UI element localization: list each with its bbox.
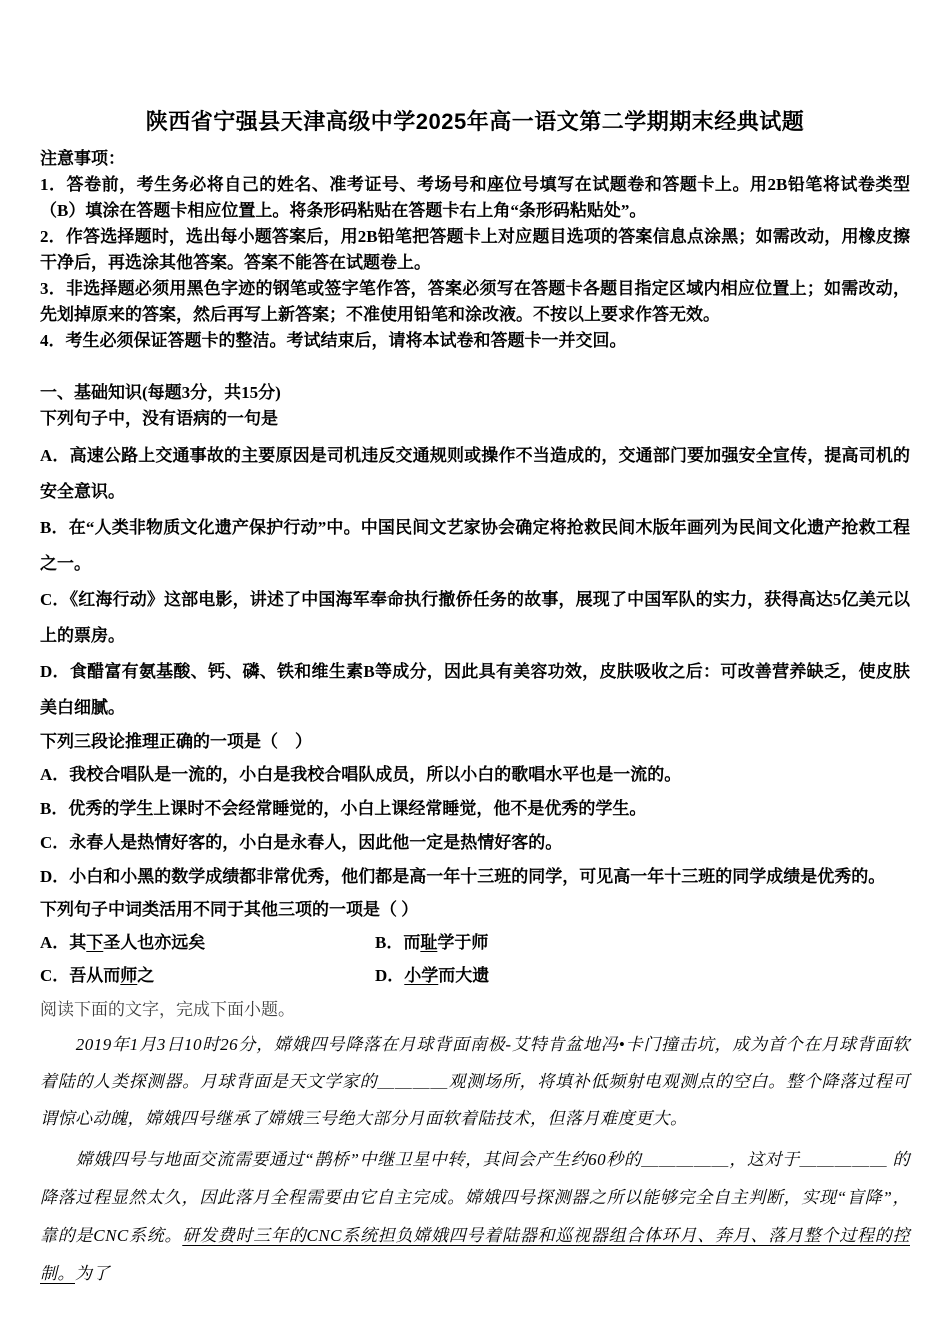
reading-intro: 阅读下面的文字，完成下面小题。 xyxy=(40,994,910,1026)
notice-item-1: 1．答卷前，考生务必将自己的姓名、准考证号、考场号和座位号填写在试题卷和答题卡上… xyxy=(40,172,910,224)
exam-paper-page: 陕西省宁强县天津高级中学2025年高一语文第二学期期末经典试题 注意事项： 1．… xyxy=(0,0,950,1293)
option-label: A． xyxy=(40,446,70,465)
question-1-option-a: A．高速公路上交通事故的主要原因是司机违反交通规则或操作不当造成的，交通部门要加… xyxy=(40,438,910,510)
question-1-option-d: D．食醋富有氨基酸、钙、磷、铁和维生素B等成分，因此具有美容功效，皮肤吸收之后：… xyxy=(40,654,910,726)
passage-p2-tail: 为了 xyxy=(75,1264,110,1283)
notice-section: 注意事项： 1．答卷前，考生务必将自己的姓名、准考证号、考场号和座位号填写在试题… xyxy=(40,146,910,354)
question-3: 下列句子中词类活用不同于其他三项的一项是（ ） A．其下圣人也亦远矣 B．而耻学… xyxy=(40,894,910,992)
option-text-post: 而大遗 xyxy=(438,966,489,985)
question-2-option-a: A．我校合唱队是一流的，小白是我校合唱队成员，所以小白的歌唱水平也是一流的。 xyxy=(40,758,910,792)
question-1: 下列句子中，没有语病的一句是 A．高速公路上交通事故的主要原因是司机违反交通规则… xyxy=(40,406,910,726)
option-text: 高速公路上交通事故的主要原因是司机违反交通规则或操作不当造成的，交通部门要加强安… xyxy=(40,446,910,501)
question-3-option-a: A．其下圣人也亦远矣 xyxy=(40,926,375,959)
option-underlined-word: 下 xyxy=(86,933,103,952)
option-underlined-word: 师 xyxy=(120,966,137,985)
option-text: 小白和小黑的数学成绩都非常优秀，他们都是高一年十三班的同学，可见高一年十三班的同… xyxy=(69,867,885,886)
question-2-stem: 下列三段论推理正确的一项是（ ） xyxy=(40,726,910,758)
question-1-options: A．高速公路上交通事故的主要原因是司机违反交通规则或操作不当造成的，交通部门要加… xyxy=(40,438,910,726)
notice-item-2: 2．作答选择题时，选出每小题答案后，用2B铅笔把答题卡上对应题目选项的答案信息点… xyxy=(40,224,910,276)
exam-title: 陕西省宁强县天津高级中学2025年高一语文第二学期期末经典试题 xyxy=(40,108,910,136)
option-text-pre: 吾从而 xyxy=(69,966,120,985)
question-2-options: A．我校合唱队是一流的，小白是我校合唱队成员，所以小白的歌唱水平也是一流的。 B… xyxy=(40,758,910,894)
notice-heading: 注意事项： xyxy=(40,146,910,172)
notice-item-3: 3．非选择题必须用黑色字迹的钢笔或签字笔作答，答案必须写在答题卡各题目指定区域内… xyxy=(40,276,910,328)
option-label: B． xyxy=(375,933,403,952)
passage-paragraph-2: 嫦娥四号与地面交流需要通过“鹊桥”中继卫星中转，其间会产生约60秒的＿＿＿＿＿，… xyxy=(40,1141,910,1293)
option-text: 永春人是热情好客的，小白是永春人，因此他一定是热情好客的。 xyxy=(69,833,562,852)
notice-item-4: 4．考生必须保证答题卡的整洁。考试结束后，请将本试卷和答题卡一并交回。 xyxy=(40,328,910,354)
option-text-pre: 其 xyxy=(69,933,86,952)
option-label: A． xyxy=(40,933,69,952)
option-underlined-word: 耻 xyxy=(420,933,437,952)
option-text-post: 之 xyxy=(137,966,154,985)
section-heading: 一、基础知识(每题3分，共15分) xyxy=(40,380,910,406)
question-3-option-c: C．吾从而师之 xyxy=(40,959,375,992)
option-label: C． xyxy=(40,966,69,985)
option-text: 食醋富有氨基酸、钙、磷、铁和维生素B等成分，因此具有美容功效，皮肤吸收之后：可改… xyxy=(40,662,910,717)
option-text: 优秀的学生上课时不会经常睡觉的，小白上课经常睡觉，他不是优秀的学生。 xyxy=(68,799,646,818)
question-2-option-b: B．优秀的学生上课时不会经常睡觉的，小白上课经常睡觉，他不是优秀的学生。 xyxy=(40,792,910,826)
question-2: 下列三段论推理正确的一项是（ ） A．我校合唱队是一流的，小白是我校合唱队成员，… xyxy=(40,726,910,894)
option-label: D． xyxy=(375,966,404,985)
option-label: B． xyxy=(40,518,69,537)
option-text-pre: 而 xyxy=(403,933,420,952)
passage-paragraph-1: 2019年1月3日10时26分，嫦娥四号降落在月球背面南极-艾特肯盆地冯•卡门撞… xyxy=(40,1026,910,1137)
option-label: C． xyxy=(40,833,69,852)
option-label: B． xyxy=(40,799,68,818)
question-1-option-c: C．《红海行动》这部电影，讲述了中国海军奉命执行撤侨任务的故事，展现了中国军队的… xyxy=(40,582,910,654)
option-label: C． xyxy=(40,590,70,609)
question-1-stem: 下列句子中，没有语病的一句是 xyxy=(40,406,910,432)
section-basic-knowledge: 一、基础知识(每题3分，共15分) 下列句子中，没有语病的一句是 A．高速公路上… xyxy=(40,380,910,992)
option-text-post: 圣人也亦远矣 xyxy=(103,933,205,952)
question-3-options-row-1: A．其下圣人也亦远矣 B．而耻学于师 xyxy=(40,926,910,959)
question-1-option-b: B．在“人类非物质文化遗产保护行动”中。中国民间文艺家协会确定将抢救民间木版年画… xyxy=(40,510,910,582)
question-3-option-d: D．小学而大遗 xyxy=(375,959,489,992)
option-text: 我校合唱队是一流的，小白是我校合唱队成员，所以小白的歌唱水平也是一流的。 xyxy=(69,765,681,784)
question-3-stem: 下列句子中词类活用不同于其他三项的一项是（ ） xyxy=(40,894,910,926)
option-text: 在“人类非物质文化遗产保护行动”中。中国民间文艺家协会确定将抢救民间木版年画列为… xyxy=(40,518,910,573)
option-underlined-word: 小学 xyxy=(404,966,438,985)
question-3-options-row-2: C．吾从而师之 D．小学而大遗 xyxy=(40,959,910,992)
question-3-option-b: B．而耻学于师 xyxy=(375,926,488,959)
option-label: D． xyxy=(40,662,70,681)
reading-section: 阅读下面的文字，完成下面小题。 2019年1月3日10时26分，嫦娥四号降落在月… xyxy=(40,994,910,1293)
question-2-option-c: C．永春人是热情好客的，小白是永春人，因此他一定是热情好客的。 xyxy=(40,826,910,860)
option-text-post: 学于师 xyxy=(437,933,488,952)
question-2-option-d: D．小白和小黑的数学成绩都非常优秀，他们都是高一年十三班的同学，可见高一年十三班… xyxy=(40,860,910,894)
option-label: D． xyxy=(40,867,69,886)
option-label: A． xyxy=(40,765,69,784)
option-text: 《红海行动》这部电影，讲述了中国海军奉命执行撤侨任务的故事，展现了中国军队的实力… xyxy=(40,590,910,645)
